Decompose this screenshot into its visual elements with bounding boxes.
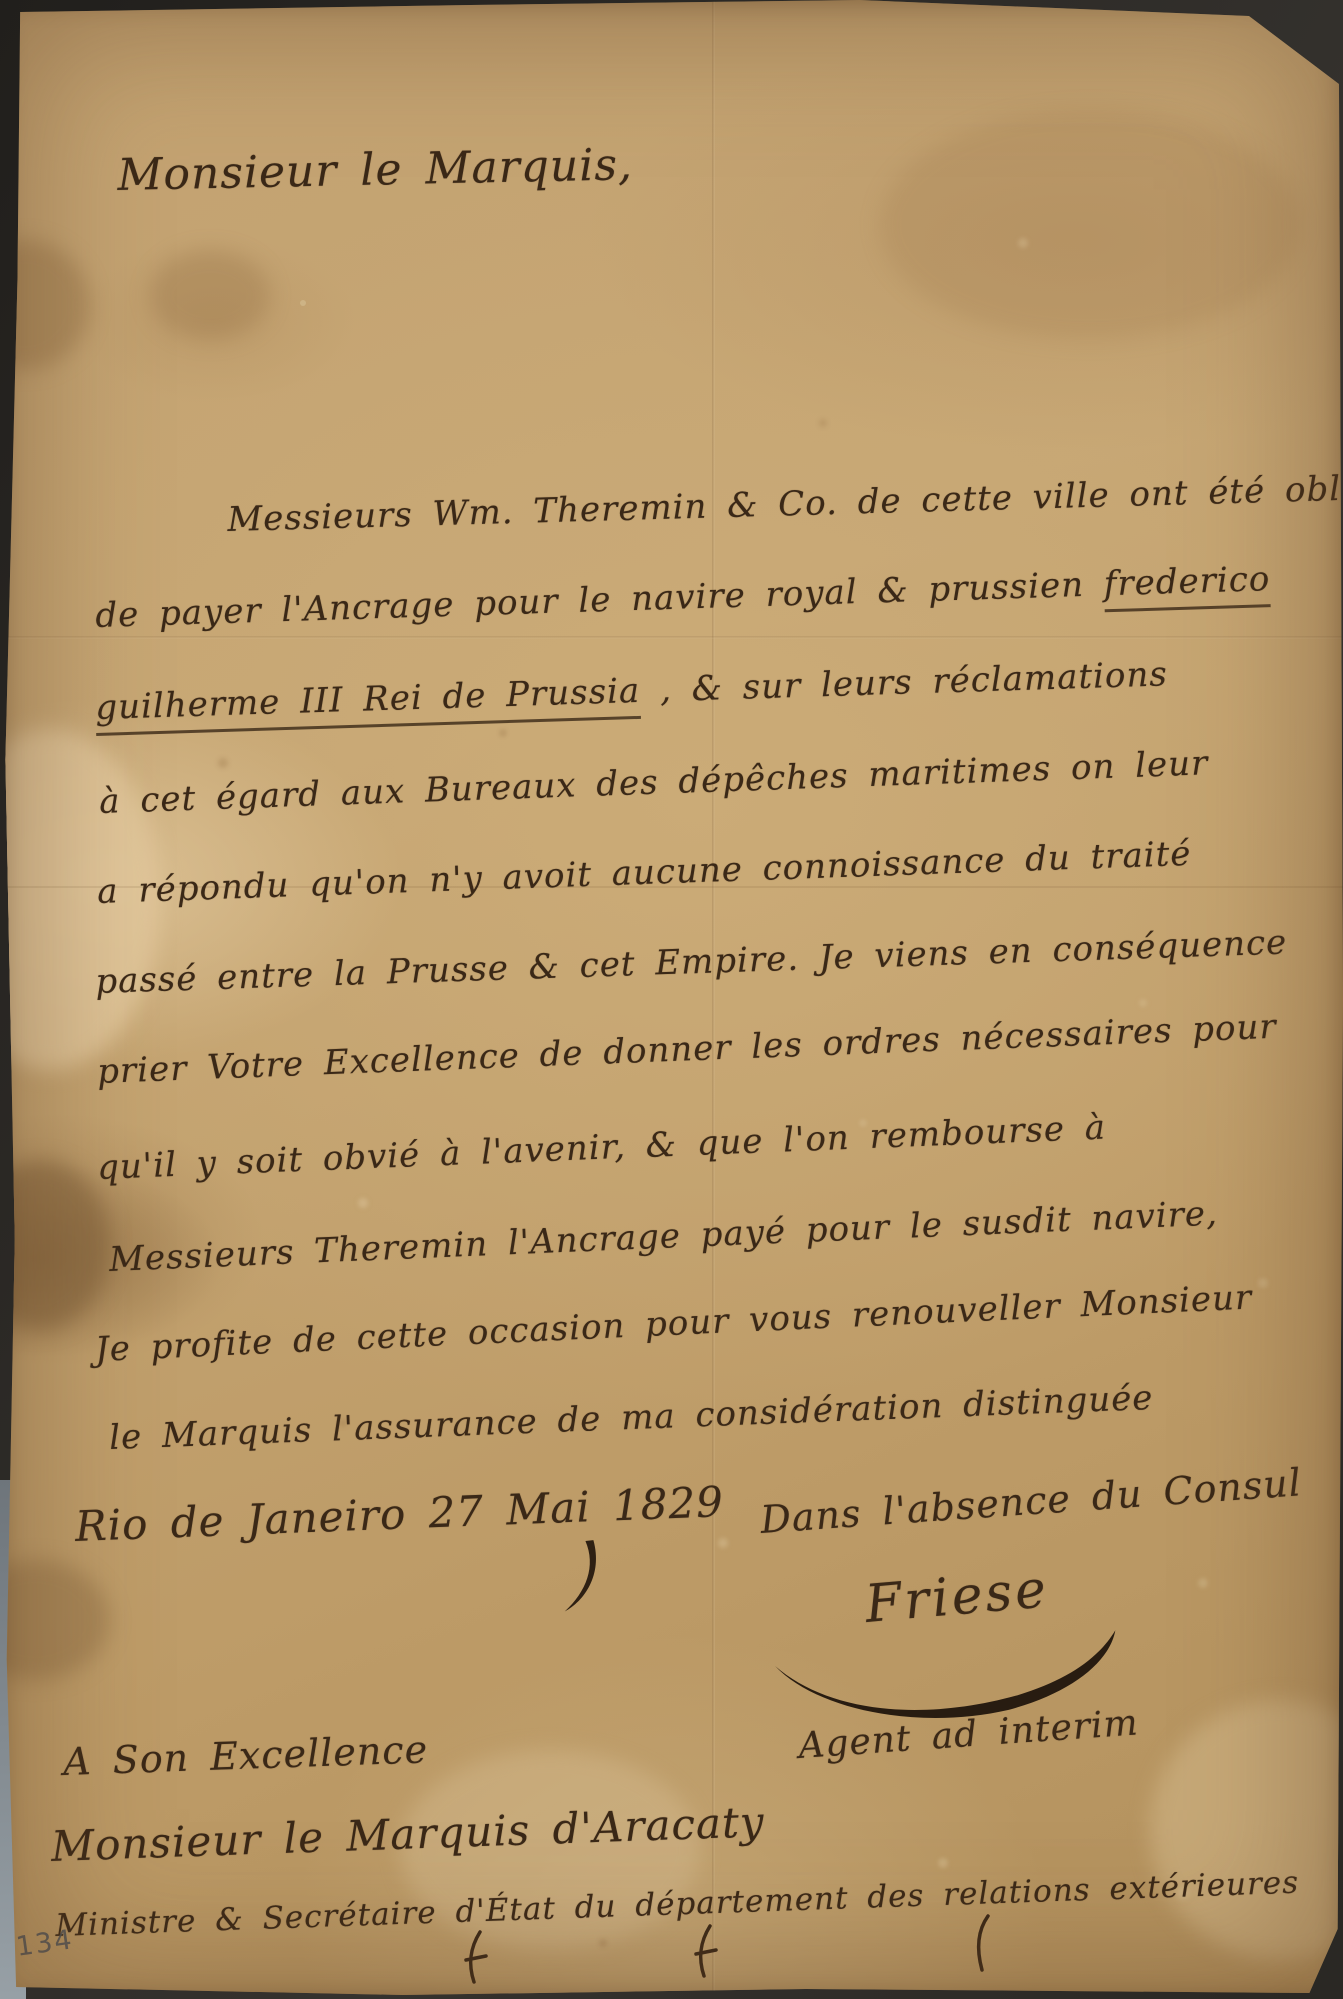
body-line-text: de payer l'Ancrage pour le navire royal …	[95, 564, 1105, 636]
pen-mark	[972, 1914, 996, 1972]
paper-stain	[0, 1160, 110, 1330]
closing-phrase: Dans l'absence du Consul	[759, 1460, 1303, 1542]
address-line: A Son Excellence	[62, 1727, 428, 1784]
pen-mark	[462, 1930, 490, 1986]
vertical-fold-crease	[712, 0, 715, 1999]
body-line: de payer l'Ancrage pour le navire royal …	[95, 559, 1271, 636]
body-line: Je profite de cette occasion pour vous r…	[94, 1278, 1253, 1370]
body-line: prier Votre Excellence de donner les ord…	[96, 1007, 1277, 1092]
paper-stain	[150, 250, 270, 340]
body-line: le Marquis l'assurance de ma considérati…	[108, 1378, 1154, 1458]
date-flourish	[543, 1537, 612, 1633]
salutation: Monsieur le Marquis,	[117, 139, 633, 201]
foxing-speckles	[300, 300, 306, 306]
body-line: Messieurs Wm. Theremin & Co. de cette vi…	[227, 467, 1343, 540]
letter-paper: Monsieur le Marquis, Messieurs Wm. There…	[0, 0, 1343, 1999]
body-line: guilherme III Rei de Prussia , & sur leu…	[95, 654, 1169, 728]
paper-stain	[1150, 1700, 1343, 1960]
body-line: Messieurs Theremin l'Ancrage payé pour l…	[108, 1194, 1218, 1280]
underlined-text: guilherme III Rei de Prussia	[95, 671, 641, 736]
body-line-text: , & sur leurs réclamations	[640, 654, 1169, 711]
body-line: passé entre la Prusse & cet Empire. Je v…	[95, 922, 1288, 1002]
paper-stain	[0, 240, 90, 370]
underlined-text: frederico	[1103, 559, 1271, 612]
paper-stain	[0, 1560, 110, 1680]
horizontal-fold-crease	[0, 636, 1343, 639]
photograph-of-letter: { "colors": { "background": "#2a2824", "…	[0, 0, 1343, 1999]
pen-mark	[692, 1924, 720, 1980]
body-line: qu'il y soit obvié à l'avenir, & que l'o…	[96, 1108, 1106, 1188]
body-line: a répondu qu'on n'y avoit aucune connois…	[97, 834, 1192, 912]
archival-number: 134	[14, 1924, 75, 1963]
body-line: à cet égard aux Bureaux des dépêches mar…	[99, 743, 1209, 822]
dateline: Rio de Janeiro 27 Mai 1829	[74, 1477, 725, 1551]
paper-stain	[880, 110, 1300, 340]
